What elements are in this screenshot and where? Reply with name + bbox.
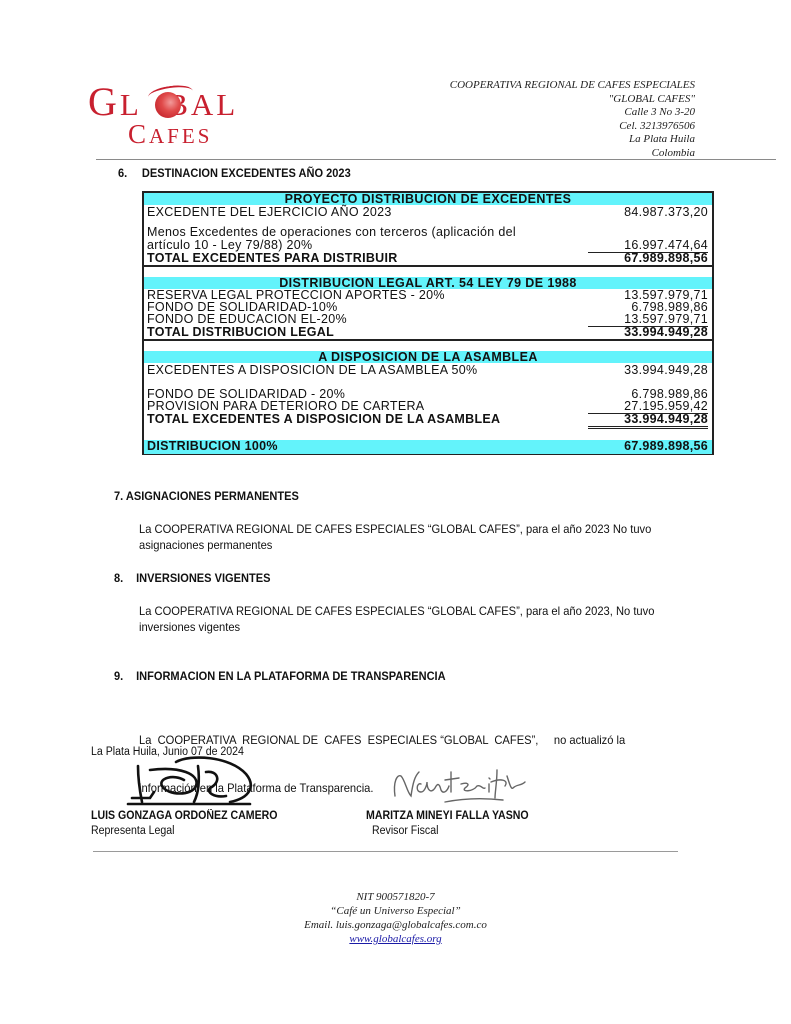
footer-email: Email. luis.gonzaga@globalcafes.com.co [0, 918, 791, 932]
excedentes-table: PROYECTO DISTRIBUCION DE EXCEDENTES EXCE… [142, 191, 714, 455]
footer: NIT 900571820-7 “Café un Universo Especi… [0, 890, 791, 946]
company-address: Calle 3 No 3-20 [450, 106, 695, 120]
table-total-row: TOTAL DISTRIBUCION LEGAL 33.994.949,28 [144, 326, 712, 339]
company-phone: Cel. 3213976506 [450, 120, 695, 134]
company-city: La Plata Huila [450, 133, 695, 147]
table-total-row: TOTAL EXCEDENTES A DISPOSICION DE LA ASA… [144, 413, 712, 426]
signer-left-role: Representa Legal [91, 825, 175, 837]
section-7-title: 7. ASIGNACIONES PERMANENTES [114, 489, 299, 503]
global-cafes-logo: GLOBAL CAFES [88, 82, 258, 152]
section-7-body: La COOPERATIVA REGIONAL DE CAFES ESPECIA… [139, 521, 651, 553]
signer-right-name: MARITZA MINEYI FALLA YASNO [366, 810, 529, 822]
section-6-heading: 6.DESTINACION EXCEDENTES AÑO 2023 [118, 166, 351, 180]
table-row: EXCEDENTES A DISPOSICION DE LA ASAMBLEA … [144, 364, 712, 377]
table-row: EXCEDENTE DEL EJERCICIO AÑO 2023 84.987.… [144, 206, 712, 219]
company-name: COOPERATIVA REGIONAL DE CAFES ESPECIALES [450, 79, 695, 93]
signature-maritza-falla [385, 762, 545, 808]
section-9-title: INFORMACION EN LA PLATAFORMA DE TRANSPAR… [136, 669, 446, 683]
signer-left-name: LUIS GONZAGA ORDOÑEZ CAMERO [91, 810, 278, 822]
logo-word-cafes: CAFES [128, 120, 212, 150]
section-8-body: La COOPERATIVA REGIONAL DE CAFES ESPECIA… [139, 603, 654, 635]
company-country: Colombia [450, 147, 695, 161]
footer-slogan: “Café un Universo Especial” [0, 904, 791, 918]
grand-total-row: DISTRIBUCION 100% 67.989.898,56 [144, 440, 712, 454]
footer-divider [93, 851, 678, 852]
section-8-title: INVERSIONES VIGENTES [136, 571, 270, 585]
section-9-heading: 9.INFORMACION EN LA PLATAFORMA DE TRANSP… [114, 669, 446, 683]
section-8-heading: 8.INVERSIONES VIGENTES [114, 571, 270, 585]
coffee-globe-icon [155, 92, 181, 118]
company-brand: "GLOBAL CAFES" [450, 93, 695, 107]
header-divider [96, 159, 776, 160]
table-block-header: PROYECTO DISTRIBUCION DE EXCEDENTES [144, 193, 712, 205]
table-total-row: TOTAL EXCEDENTES PARA DISTRIBUIR 67.989.… [144, 252, 712, 265]
signature-luis-gonzaga [110, 752, 260, 810]
section-6-title: DESTINACION EXCEDENTES AÑO 2023 [142, 166, 351, 180]
footer-nit: NIT 900571820-7 [0, 890, 791, 904]
table-block-header: A DISPOSICION DE LA ASAMBLEA [144, 351, 712, 363]
signer-right-role: Revisor Fiscal [372, 825, 438, 837]
footer-website-link[interactable]: www.globalcafes.org [349, 933, 441, 945]
company-info: COOPERATIVA REGIONAL DE CAFES ESPECIALES… [450, 79, 695, 160]
